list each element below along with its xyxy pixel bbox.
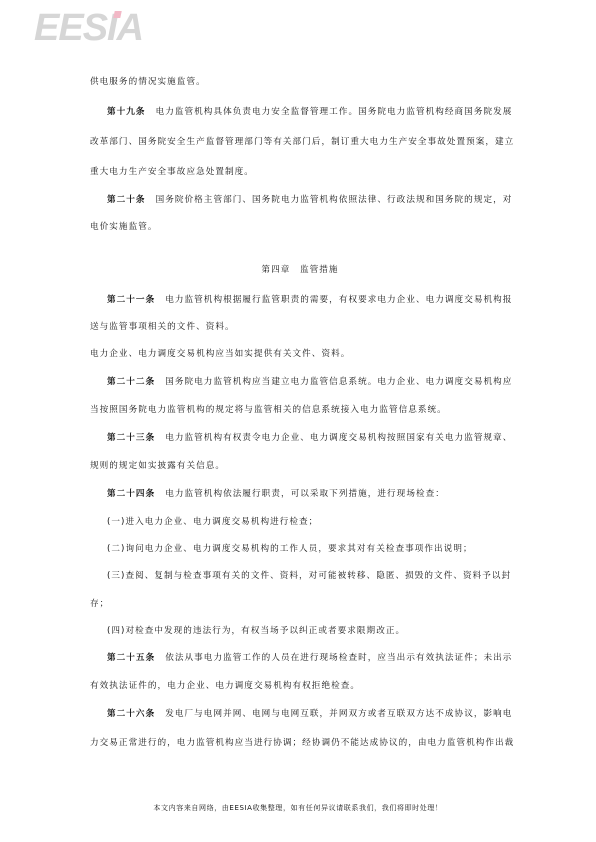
paragraph-line: 当按照国务院电力监管机构的规定将与监管相关的信息系统接入电力监管信息系统。 <box>90 404 447 416</box>
paragraph-line: 规则的规定如实披露有关信息。 <box>90 460 225 472</box>
article-20: 第二十条国务院价格主管部门、国务院电力监管机构依照法律、行政法规和国务院的规定，… <box>90 194 512 206</box>
article-25: 第二十五条依法从事电力监管工作的人员在进行现场检查时，应当出示有效执法证件；未出… <box>90 652 512 664</box>
paragraph-line: 存； <box>90 598 109 610</box>
paragraph-line: 力交易正常进行的，电力监管机构应当进行协调；经协调仍不能达成协议的，由电力监管机… <box>90 737 514 749</box>
article-label: 第二十一条 <box>107 295 155 305</box>
article-label: 第二十三条 <box>107 433 155 443</box>
article-23: 第二十三条电力监管机构有权责令电力企业、电力调度交易机构按照国家有关电力监管规章… <box>90 432 512 444</box>
article-22: 第二十二条国务院电力监管机构应当建立电力监管信息系统。电力企业、电力调度交易机构… <box>90 376 512 388</box>
article-label: 第二十四条 <box>107 489 155 499</box>
eesia-logo: EESIA <box>34 8 143 48</box>
footer-disclaimer: 本文内容来自网络，由EESIA收集整理，如有任何异议请联系我们，我们将即时处理！ <box>0 803 596 813</box>
article-label: 第二十六条 <box>107 709 155 719</box>
article-24: 第二十四条电力监管机构依法履行职责，可以采取下列措施，进行现场检查： <box>90 488 445 500</box>
article-26: 第二十六条发电厂与电网并网、电网与电网互联，并网双方或者互联双方达不成协议，影响… <box>90 708 512 720</box>
logo-text-ees: EES <box>34 7 107 49</box>
paragraph-line: 电价实施监管。 <box>90 221 158 233</box>
list-item-1: (一)进入电力企业、电力调度交易机构进行检查； <box>90 516 318 528</box>
article-19: 第十九条电力监管机构具体负责电力安全监督管理工作。国务院电力监管机构经商国务院发… <box>90 106 512 118</box>
article-label: 第十九条 <box>107 107 146 117</box>
list-item-3: (三)查阅、复制与检查事项有关的文件、资料，对可能被转移、隐匿、损毁的文件、资料… <box>90 570 511 582</box>
paragraph-line: 改革部门、国务院安全生产监督管理部门等有关部门后，制订重大电力生产安全事故处置预… <box>90 136 514 148</box>
paragraph-line: 电力企业、电力调度交易机构应当如实提供有关文件、资料。 <box>90 348 350 360</box>
article-label: 第二十条 <box>107 195 146 205</box>
logo-i: I <box>107 8 117 48</box>
article-21: 第二十一条电力监管机构根据履行监管职责的需要，有权要求电力企业、电力调度交易机构… <box>90 294 512 306</box>
article-label: 第二十二条 <box>107 377 155 387</box>
paragraph-line: 供电服务的情况实施监管。 <box>90 76 206 88</box>
article-label: 第二十五条 <box>107 653 155 663</box>
list-item-2: (二)询问电力企业、电力调度交易机构的工作人员，要求其对有关检查事项作出说明； <box>90 543 473 555</box>
paragraph-line: 送与监管事项相关的文件、资料。 <box>90 321 235 333</box>
chapter-heading: 第四章 监管措施 <box>90 264 510 276</box>
list-item-4: (四)对检查中发现的违法行为，有权当场予以纠正或者要求限期改正。 <box>90 625 405 637</box>
paragraph-line: 有效执法证件的，电力企业、电力调度交易机构有权拒绝检查。 <box>90 680 360 692</box>
paragraph-line: 重大电力生产安全事故应急处置制度。 <box>90 166 254 178</box>
